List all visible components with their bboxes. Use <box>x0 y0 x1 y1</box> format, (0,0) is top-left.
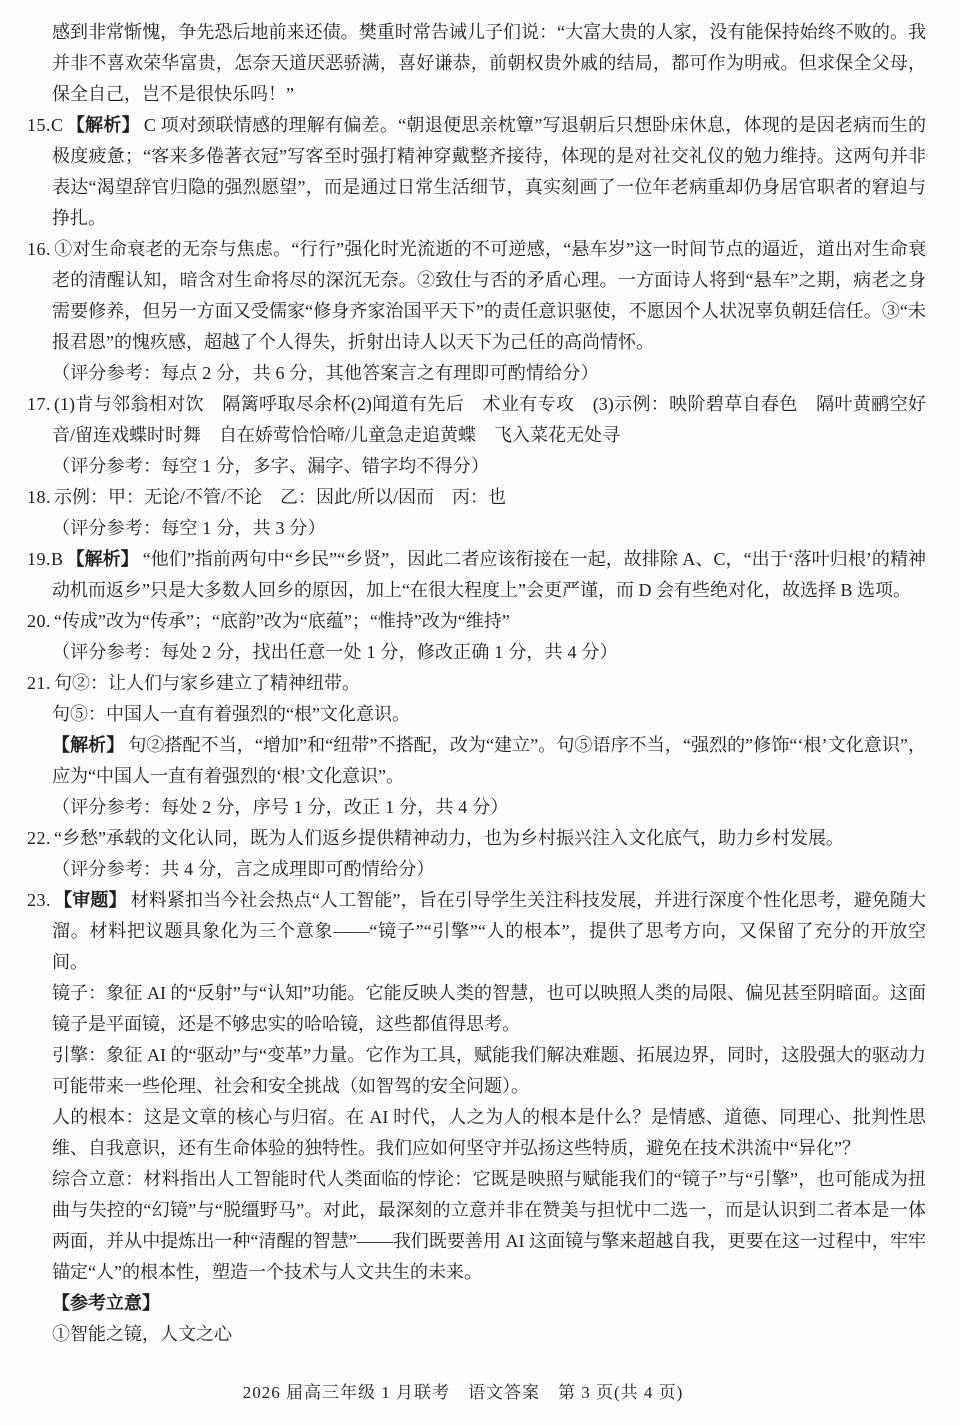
answer-item-15: 15.C【解析】C 项对颈联情感的理解有偏差。“朝退便思亲枕簟”写退朝后只想卧床… <box>0 110 926 234</box>
synthesis-paragraph: 综合立意：材料指出人工智能时代人类面临的悖论：它既是映照与赋能我们的“镜子”与“… <box>52 1164 926 1288</box>
answer-item-17: 17.(1)肯与邻翁相对饮 隔篱呼取尽余杯(2)闻道有先后 术业有专攻 (3)示… <box>0 389 926 482</box>
answer-text: “乡愁”承载的文化认同，既为人们返乡提供精神动力，也为乡村振兴注入文化底气，助力… <box>54 828 844 848</box>
reference-ideas-heading: 【参考立意】 <box>52 1288 926 1319</box>
engine-paragraph: 引擎：象征 AI 的“驱动”与“变革”力量。它作为工具，赋能我们解决难题、拓展边… <box>52 1040 926 1102</box>
analysis-tag: 【解析】 <box>67 115 140 135</box>
mirror-paragraph: 镜子：象征 AI 的“反射”与“认知”功能。它能反映人类的智慧，也可以映照人类的… <box>52 978 926 1040</box>
question-number: 22. <box>27 828 51 848</box>
scoring-note: （评分参考：每处 2 分，序号 1 分，改正 1 分，共 4 分） <box>52 792 926 823</box>
answer-paragraph: 19.B【解析】“他们”指前两句中“乡民”“乡贤”，因此二者应该衔接在一起，故排… <box>52 544 926 606</box>
answer-line-2: 句⑤：中国人一直有着强烈的“根”文化意识。 <box>52 699 926 730</box>
answer-paragraph: 15.C【解析】C 项对颈联情感的理解有偏差。“朝退便思亲枕簟”写退朝后只想卧床… <box>52 110 926 234</box>
answer-item-22: 22.“乡愁”承载的文化认同，既为人们返乡提供精神动力，也为乡村振兴注入文化底气… <box>0 823 926 885</box>
topic-review-paragraph: 23.【审题】材料紧扣当今社会热点“人工智能”，旨在引导学生关注科技发展，并进行… <box>52 885 926 978</box>
analysis-paragraph: 【解析】句②搭配不当，“增加”和“纽带”不搭配，改为“建立”。句⑤语序不当，“强… <box>52 730 926 792</box>
scoring-note: （评分参考：每点 2 分，共 6 分，其他答案言之有理即可酌情给分） <box>52 358 926 389</box>
answer-item-20: 20.“传成”改为“传承”；“底韵”改为“底蕴”；“惟持”改为“维持” （评分参… <box>0 606 926 668</box>
answer-item-19: 19.B【解析】“他们”指前两句中“乡民”“乡贤”，因此二者应该衔接在一起，故排… <box>0 544 926 606</box>
answer-line-1: 句②：让人们与家乡建立了精神纽带。 <box>54 673 360 693</box>
answer-item-18: 18.示例：甲：无论/不管/不论 乙：因此/所以/因而 丙：也 （评分参考：每空… <box>0 482 926 544</box>
question-number: 23. <box>27 890 51 910</box>
scoring-note: （评分参考：共 4 分，言之成理即可酌情给分） <box>52 854 926 885</box>
scoring-note: （评分参考：每处 2 分，找出任意一处 1 分，修改正确 1 分，共 4 分） <box>52 637 926 668</box>
scoring-note: （评分参考：每空 1 分，共 3 分） <box>52 513 926 544</box>
answer-text: “他们”指前两句中“乡民”“乡贤”，因此二者应该衔接在一起，故排除 A、C，“出… <box>52 549 926 600</box>
question-number: 15.C <box>27 115 64 135</box>
answer-paragraph: 20.“传成”改为“传承”；“底韵”改为“底蕴”；“惟持”改为“维持” <box>52 606 926 637</box>
topic-review-tag: 【审题】 <box>54 890 127 910</box>
answer-paragraph: 17.(1)肯与邻翁相对饮 隔篱呼取尽余杯(2)闻道有先后 术业有专攻 (3)示… <box>52 389 926 451</box>
answer-paragraph: 16.①对生命衰老的无奈与焦虑。“行行”强化时光流逝的不可逆感，“悬车岁”这一时… <box>52 234 926 358</box>
answer-text: “传成”改为“传承”；“底韵”改为“底蕴”；“惟持”改为“维持” <box>54 611 510 631</box>
answer-item-23: 23.【审题】材料紧扣当今社会热点“人工智能”，旨在引导学生关注科技发展，并进行… <box>0 885 926 1350</box>
intro-continuation-paragraph: 感到非常惭愧，争先恐后地前来还债。樊重时常告诫儿子们说：“大富大贵的人家，没有能… <box>0 17 926 110</box>
answer-key-page: 感到非常惭愧，争先恐后地前来还债。樊重时常告诫儿子们说：“大富大贵的人家，没有能… <box>0 0 960 1426</box>
answer-text: C 项对颈联情感的理解有偏差。“朝退便思亲枕簟”写退朝后只想卧床休息，体现的是因… <box>52 115 926 228</box>
answer-item-21: 21.句②：让人们与家乡建立了精神纽带。 句⑤：中国人一直有着强烈的“根”文化意… <box>0 668 926 823</box>
answer-text: ①对生命衰老的无奈与焦虑。“行行”强化时光流逝的不可逆感，“悬车岁”这一时间节点… <box>52 239 926 352</box>
human-essence-paragraph: 人的根本：这是文章的核心与归宿。在 AI 时代，人之为人的根本是什么？是情感、道… <box>52 1102 926 1164</box>
answer-paragraph: 21.句②：让人们与家乡建立了精神纽带。 <box>52 668 926 699</box>
answer-paragraph: 18.示例：甲：无论/不管/不论 乙：因此/所以/因而 丙：也 <box>52 482 926 513</box>
question-number: 16. <box>27 239 51 259</box>
reference-ideas-tag: 【参考立意】 <box>52 1293 160 1313</box>
analysis-tag: 【解析】 <box>67 549 139 569</box>
topic-review-text: 材料紧扣当今社会热点“人工智能”，旨在引导学生关注科技发展，并进行深度个性化思考… <box>52 890 926 972</box>
answer-paragraph: 22.“乡愁”承载的文化认同，既为人们返乡提供精神动力，也为乡村振兴注入文化底气… <box>52 823 926 854</box>
question-number: 20. <box>27 611 51 631</box>
question-number: 21. <box>27 673 51 693</box>
reference-idea-1: ①智能之镜，人文之心 <box>52 1319 926 1350</box>
question-number: 17. <box>27 394 51 414</box>
analysis-tag: 【解析】 <box>52 735 124 755</box>
scoring-note: （评分参考：每空 1 分，多字、漏字、错字均不得分） <box>52 451 926 482</box>
answer-item-16: 16.①对生命衰老的无奈与焦虑。“行行”强化时光流逝的不可逆感，“悬车岁”这一时… <box>0 234 926 389</box>
answer-text: 示例：甲：无论/不管/不论 乙：因此/所以/因而 丙：也 <box>54 487 506 507</box>
answer-text: (1)肯与邻翁相对饮 隔篱呼取尽余杯(2)闻道有先后 术业有专攻 (3)示例：映… <box>52 394 926 445</box>
page-footer: 2026 届高三年级 1 月联考 语文答案 第 3 页(共 4 页) <box>0 1377 926 1408</box>
question-number: 18. <box>27 487 51 507</box>
analysis-text: 句②搭配不当，“增加”和“纽带”不搭配，改为“建立”。句⑤语序不当，“强烈的”修… <box>52 735 926 786</box>
question-number: 19.B <box>27 549 64 569</box>
